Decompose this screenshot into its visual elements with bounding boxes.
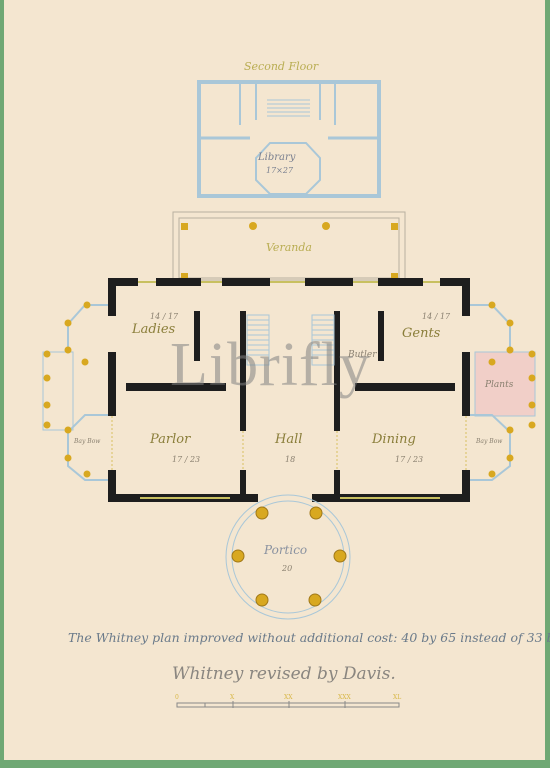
scale-tick-3: XXX (338, 694, 351, 701)
room-parlor-dims: 17 / 23 (172, 455, 200, 464)
room-dining: Dining (372, 432, 416, 447)
scale-tick-0: 0 (175, 694, 179, 701)
portico-dims: 20 (282, 564, 292, 573)
room-hall-dims: 18 (285, 455, 295, 464)
library-dims: 17×27 (266, 166, 293, 175)
room-ladies-dims: 14 / 17 (150, 312, 178, 321)
bay-right-label: Bay Bow (476, 438, 502, 445)
caption-line-2: Whitney revised by Davis. (172, 664, 396, 684)
portico-label: Portico (264, 543, 307, 557)
library-label: Library (258, 152, 295, 163)
left-bay-window (43, 305, 108, 480)
scale-tick-4: XL (393, 694, 401, 701)
conservatory-label: Plants (485, 380, 513, 390)
portico-outline (226, 495, 350, 619)
second-floor-plan (199, 82, 379, 196)
room-gents-dims: 14 / 17 (422, 312, 450, 321)
room-parlor: Parlor (150, 432, 190, 447)
room-ladies: Ladies (132, 322, 175, 337)
room-gents: Gents (402, 326, 440, 341)
watermark: Librifly (170, 330, 371, 401)
second-floor-title: Second Floor (244, 60, 318, 73)
room-dining-dims: 17 / 23 (395, 455, 423, 464)
scale-tick-2: XX (284, 694, 293, 701)
bay-left-label: Bay Bow (74, 438, 100, 445)
scale-bar (177, 701, 399, 708)
veranda-label: Veranda (266, 241, 312, 254)
caption-line-1: The Whitney plan improved without additi… (68, 630, 550, 645)
room-hall: Hall (275, 432, 302, 447)
scale-tick-1: X (230, 694, 234, 701)
